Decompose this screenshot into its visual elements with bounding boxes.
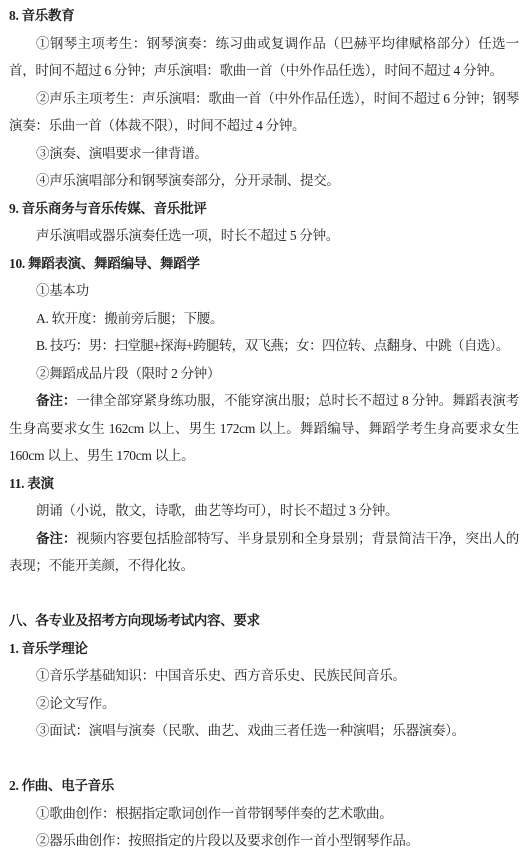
note-acting-text: 视频内容要包括脸部特写、半身景别和全身景别；背景简洁干净，突出人的表现；不能开美… (9, 531, 519, 574)
para-separate-recording-rule: ④声乐演唱部分和钢琴演奏部分，分开录制、提交。 (9, 167, 519, 195)
para-memorization-rule: ③演奏、演唱要求一律背谱。 (9, 140, 519, 168)
document-page: 8. 音乐教育 ①钢琴主项考生：钢琴演奏：练习曲或复调作品（巴赫平均律赋格部分）… (0, 0, 523, 863)
note-dance-text: 一律全部穿紧身练功服，不能穿演出服；总时长不超过 8 分钟。舞蹈表演考生身高要求… (9, 393, 519, 463)
note-acting-label: 备注： (36, 531, 76, 546)
para-instrumental-composition: ②器乐曲创作：按照指定的片段以及要求创作一首小型钢琴作品。 (9, 827, 519, 855)
para-dance-flexibility: A. 软开度：搬前旁后腿；下腰。 (9, 305, 519, 333)
para-song-composition: ①歌曲创作：根据指定歌词创作一首带钢琴伴奏的艺术歌曲。 (9, 800, 519, 828)
para-music-business-requirement: 声乐演唱或器乐演奏任选一项，时长不超过 5 分钟。 (9, 222, 519, 250)
heading-musicology-theory: 1. 音乐学理论 (9, 635, 519, 663)
para-piano-major-requirements: ①钢琴主项考生：钢琴演奏：练习曲或复调作品（巴赫平均律赋格部分）任选一首，时间不… (9, 30, 519, 85)
note-dance: 备注：一律全部穿紧身练功服，不能穿演出服；总时长不超过 8 分钟。舞蹈表演考生身… (9, 387, 519, 470)
heading-acting: 11. 表演 (9, 470, 519, 498)
heading-composition-electronic-music: 2. 作曲、电子音乐 (9, 772, 519, 800)
para-vocal-major-requirements: ②声乐主项考生：声乐演唱：歌曲一首（中外作品任选），时间不超过 6 分钟；钢琴演… (9, 85, 519, 140)
heading-music-business-media-criticism: 9. 音乐商务与音乐传媒、音乐批评 (9, 195, 519, 223)
heading-dance-majors: 10. 舞蹈表演、舞蹈编导、舞蹈学 (9, 250, 519, 278)
blank-line (9, 580, 519, 608)
para-dance-piece: ②舞蹈成品片段（限时 2 分钟） (9, 360, 519, 388)
heading-section-8-onsite-exam: 八、各专业及招考方向现场考试内容、要求 (9, 607, 519, 635)
heading-music-education: 8. 音乐教育 (9, 2, 519, 30)
para-musicology-knowledge: ①音乐学基础知识：中国音乐史、西方音乐史、民族民间音乐。 (9, 662, 519, 690)
para-dance-basic-skills: ①基本功 (9, 277, 519, 305)
para-essay-writing: ②论文写作。 (9, 690, 519, 718)
note-acting: 备注：视频内容要包括脸部特写、半身景别和全身景别；背景简洁干净，突出人的表现；不… (9, 525, 519, 580)
note-dance-label: 备注： (36, 393, 76, 408)
para-recitation-requirement: 朗诵（小说，散文，诗歌，曲艺等均可），时长不超过 3 分钟。 (9, 497, 519, 525)
blank-line (9, 745, 519, 773)
para-interview-requirement: ③面试：演唱与演奏（民歌、曲艺、戏曲三者任选一种演唱；乐器演奏）。 (9, 717, 519, 745)
para-dance-technique: B. 技巧：男：扫堂腿+探海+跨腿转，双飞燕；女：四位转、点翻身、中跳（自选）。 (9, 332, 519, 360)
